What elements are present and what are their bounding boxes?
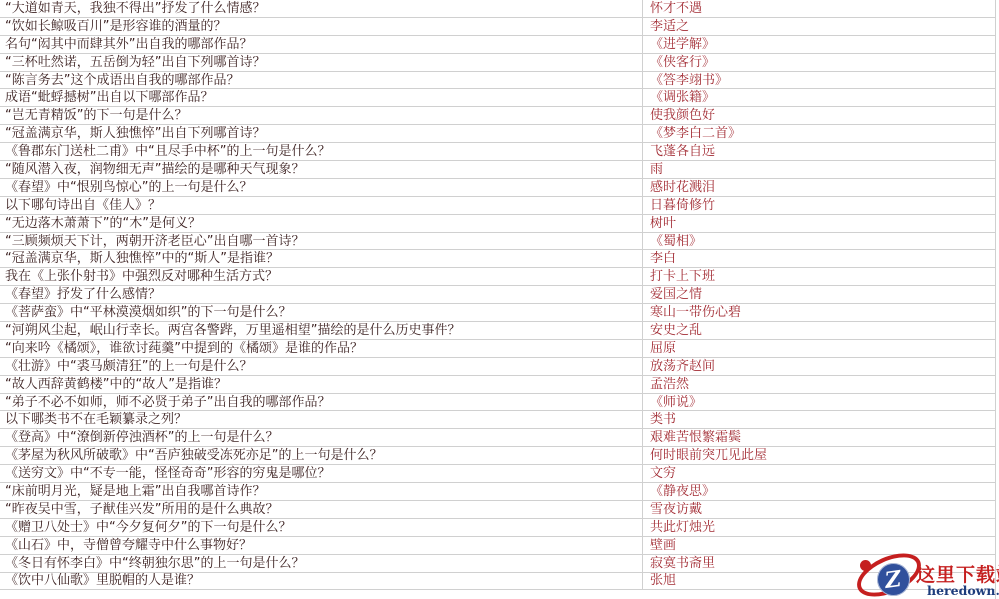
question-cell: “冠盖满京华，斯人独憔悴”中的“斯人”是指谁？ — [0, 250, 643, 267]
answer-cell: 雨 — [643, 161, 995, 178]
answer-cell: 孟浩然 — [643, 376, 995, 393]
question-cell: “故人西辞黄鹤楼”中的“故人”是指谁？ — [0, 376, 643, 393]
answer-cell: 共此灯烛光 — [643, 519, 995, 536]
answer-cell: 《蜀相》 — [643, 233, 995, 250]
table-row: 《赠卫八处士》中“今夕复何夕”的下一句是什么？共此灯烛光 — [0, 519, 995, 537]
table-row: 《饮中八仙歌》里脱帽的人是谁？张旭 — [0, 573, 995, 591]
question-cell: 《鲁郡东门送杜二甫》中“且尽手中杯”的上一句是什么？ — [0, 143, 643, 160]
answer-cell: 李适之 — [643, 18, 995, 35]
question-cell: “河朔风尘起，岷山行幸长。两宫各警跸，万里遥相望”描绘的是什么历史事件？ — [0, 322, 643, 339]
site-watermark: Z 这里下载站 heredown.com — [854, 554, 999, 599]
table-row: “饮如长鲸吸百川”是形容谁的酒量的？李适之 — [0, 18, 995, 36]
question-cell: 以下哪句诗出自《佳人》？ — [0, 197, 643, 214]
table-row: “陈言务去”这个成语出自我的哪部作品？《答李翊书》 — [0, 72, 995, 90]
table-row: 《菩萨蛮》中“平林漠漠烟如织”的下一句是什么？寒山一带伤心碧 — [0, 304, 995, 322]
answer-cell: 屈原 — [643, 340, 995, 357]
question-cell: 我在《上张仆射书》中强烈反对哪种生活方式？ — [0, 268, 643, 285]
question-cell: “向来吟《橘颂》，谁欲讨莼羹”中提到的《橘颂》是谁的作品？ — [0, 340, 643, 357]
table-row: “随风潜入夜，润物细无声”描绘的是哪种天气现象？雨 — [0, 161, 995, 179]
table-row: “三顾频烦天下计，两朝开济老臣心”出自哪一首诗？《蜀相》 — [0, 233, 995, 251]
answer-cell: 《静夜思》 — [643, 483, 995, 500]
watermark-logo-badge: Z — [877, 563, 910, 596]
qa-table: “大道如青天，我独不得出”抒发了什么情感？怀才不遇“饮如长鲸吸百川”是形容谁的酒… — [0, 0, 996, 599]
question-cell: 《饮中八仙歌》里脱帽的人是谁？ — [0, 573, 643, 590]
question-cell: “三杯吐然诺，五岳倒为轻”出自下列哪首诗？ — [0, 54, 643, 71]
table-row: “无边落木萧萧下”的“木”是何义？树叶 — [0, 215, 995, 233]
table-row: “昨夜吴中雪，子猷佳兴发”所用的是什么典故？雪夜访戴 — [0, 501, 995, 519]
answer-cell: 李白 — [643, 250, 995, 267]
table-row: “故人西辞黄鹤楼”中的“故人”是指谁？孟浩然 — [0, 376, 995, 394]
question-cell: “弟子不必不如师，师不必贤于弟子”出自我的哪部作品？ — [0, 394, 643, 411]
watermark-swoosh-dot-icon — [860, 560, 871, 571]
table-row: “床前明月光，疑是地上霜”出自我哪首诗作？《静夜思》 — [0, 483, 995, 501]
table-row: “岂无青精饭”的下一句是什么？使我颜色好 — [0, 107, 995, 125]
answer-cell: 艰难苦恨繁霜鬓 — [643, 429, 995, 446]
question-cell: “床前明月光，疑是地上霜”出自我哪首诗作？ — [0, 483, 643, 500]
table-row: 名句“闳其中而肆其外”出自我的哪部作品？《进学解》 — [0, 36, 995, 54]
answer-cell: 文穷 — [643, 465, 995, 482]
answer-cell: 怀才不遇 — [643, 0, 995, 17]
question-cell: “无边落木萧萧下”的“木”是何义？ — [0, 215, 643, 232]
answer-cell: 感时花溅泪 — [643, 179, 995, 196]
answer-cell: 打卡上下班 — [643, 268, 995, 285]
question-cell: 《登高》中“潦倒新停浊酒杯”的上一句是什么？ — [0, 429, 643, 446]
question-cell: 《冬日有怀李白》中“终朝独尔思”的上一句是什么？ — [0, 555, 643, 572]
question-cell: 以下哪类书不在毛颖纂录之列？ — [0, 411, 643, 428]
question-cell: 《山石》中，寺僧曾夸耀寺中什么事物好？ — [0, 537, 643, 554]
table-row: 《冬日有怀李白》中“终朝独尔思”的上一句是什么？寂寞书斋里 — [0, 555, 995, 573]
question-cell: 名句“闳其中而肆其外”出自我的哪部作品？ — [0, 36, 643, 53]
table-row: 《鲁郡东门送杜二甫》中“且尽手中杯”的上一句是什么？飞蓬各自远 — [0, 143, 995, 161]
answer-cell: 放荡齐赵间 — [643, 358, 995, 375]
question-cell: “三顾频烦天下计，两朝开济老臣心”出自哪一首诗？ — [0, 233, 643, 250]
table-row: 以下哪句诗出自《佳人》？日暮倚修竹 — [0, 197, 995, 215]
table-row: 《山石》中，寺僧曾夸耀寺中什么事物好？壁画 — [0, 537, 995, 555]
question-cell: 《春望》抒发了什么感情？ — [0, 286, 643, 303]
table-row: 《茅屋为秋风所破歌》中“吾庐独破受冻死亦足”的上一句是什么？何时眼前突兀见此屋 — [0, 447, 995, 465]
answer-cell: 何时眼前突兀见此屋 — [643, 447, 995, 464]
question-cell: 《菩萨蛮》中“平林漠漠烟如织”的下一句是什么？ — [0, 304, 643, 321]
question-cell: 《壮游》中“裘马颇清狂”的上一句是什么？ — [0, 358, 643, 375]
table-row: 《春望》中“恨别鸟惊心”的上一句是什么？感时花溅泪 — [0, 179, 995, 197]
answer-cell: 《师说》 — [643, 394, 995, 411]
watermark-z-icon: Z — [884, 566, 904, 594]
answer-cell: 《梦李白二首》 — [643, 125, 995, 142]
watermark-domain: heredown.com — [927, 583, 999, 598]
answer-cell: 雪夜访戴 — [643, 501, 995, 518]
answer-cell: 安史之乱 — [643, 322, 995, 339]
table-row: 我在《上张仆射书》中强烈反对哪种生活方式？打卡上下班 — [0, 268, 995, 286]
table-row: 成语“蚍蜉撼树”出自以下哪部作品？《调张籍》 — [0, 89, 995, 107]
table-row: “冠盖满京华，斯人独憔悴”中的“斯人”是指谁？李白 — [0, 250, 995, 268]
answer-cell: 使我颜色好 — [643, 107, 995, 124]
table-row: 《登高》中“潦倒新停浊酒杯”的上一句是什么？艰难苦恨繁霜鬓 — [0, 429, 995, 447]
table-row: 以下哪类书不在毛颖纂录之列？类书 — [0, 411, 995, 429]
answer-cell: 《侠客行》 — [643, 54, 995, 71]
answer-cell: 《进学解》 — [643, 36, 995, 53]
question-cell: 《春望》中“恨别鸟惊心”的上一句是什么？ — [0, 179, 643, 196]
question-cell: 《赠卫八处士》中“今夕复何夕”的下一句是什么？ — [0, 519, 643, 536]
table-row: “河朔风尘起，岷山行幸长。两宫各警跸，万里遥相望”描绘的是什么历史事件？安史之乱 — [0, 322, 995, 340]
answer-cell: 《答李翊书》 — [643, 72, 995, 89]
question-cell: 《茅屋为秋风所破歌》中“吾庐独破受冻死亦足”的上一句是什么？ — [0, 447, 643, 464]
table-row: 《壮游》中“裘马颇清狂”的上一句是什么？放荡齐赵间 — [0, 358, 995, 376]
question-cell: “昨夜吴中雪，子猷佳兴发”所用的是什么典故？ — [0, 501, 643, 518]
question-cell: “大道如青天，我独不得出”抒发了什么情感？ — [0, 0, 643, 17]
answer-cell: 《调张籍》 — [643, 89, 995, 106]
answer-cell: 树叶 — [643, 215, 995, 232]
table-row: “冠盖满京华，斯人独憔悴”出自下列哪首诗？《梦李白二首》 — [0, 125, 995, 143]
answer-cell: 日暮倚修竹 — [643, 197, 995, 214]
answer-cell: 飞蓬各自远 — [643, 143, 995, 160]
question-cell: “陈言务去”这个成语出自我的哪部作品？ — [0, 72, 643, 89]
table-row: “大道如青天，我独不得出”抒发了什么情感？怀才不遇 — [0, 0, 995, 18]
table-row: “弟子不必不如师，师不必贤于弟子”出自我的哪部作品？《师说》 — [0, 394, 995, 412]
table-row: 《送穷文》中“不专一能，怪怪奇奇”形容的穷鬼是哪位？文穷 — [0, 465, 995, 483]
question-cell: “随风潜入夜，润物细无声”描绘的是哪种天气现象？ — [0, 161, 643, 178]
table-row: “三杯吐然诺，五岳倒为轻”出自下列哪首诗？《侠客行》 — [0, 54, 995, 72]
question-cell: “冠盖满京华，斯人独憔悴”出自下列哪首诗？ — [0, 125, 643, 142]
answer-cell: 寒山一带伤心碧 — [643, 304, 995, 321]
table-row: 《春望》抒发了什么感情？爱国之情 — [0, 286, 995, 304]
question-cell: 《送穷文》中“不专一能，怪怪奇奇”形容的穷鬼是哪位？ — [0, 465, 643, 482]
question-cell: “岂无青精饭”的下一句是什么？ — [0, 107, 643, 124]
table-row: “向来吟《橘颂》，谁欲讨莼羹”中提到的《橘颂》是谁的作品？屈原 — [0, 340, 995, 358]
question-cell: “饮如长鲸吸百川”是形容谁的酒量的？ — [0, 18, 643, 35]
answer-cell: 爱国之情 — [643, 286, 995, 303]
answer-cell: 类书 — [643, 411, 995, 428]
question-cell: 成语“蚍蜉撼树”出自以下哪部作品？ — [0, 89, 643, 106]
answer-cell: 壁画 — [643, 537, 995, 554]
